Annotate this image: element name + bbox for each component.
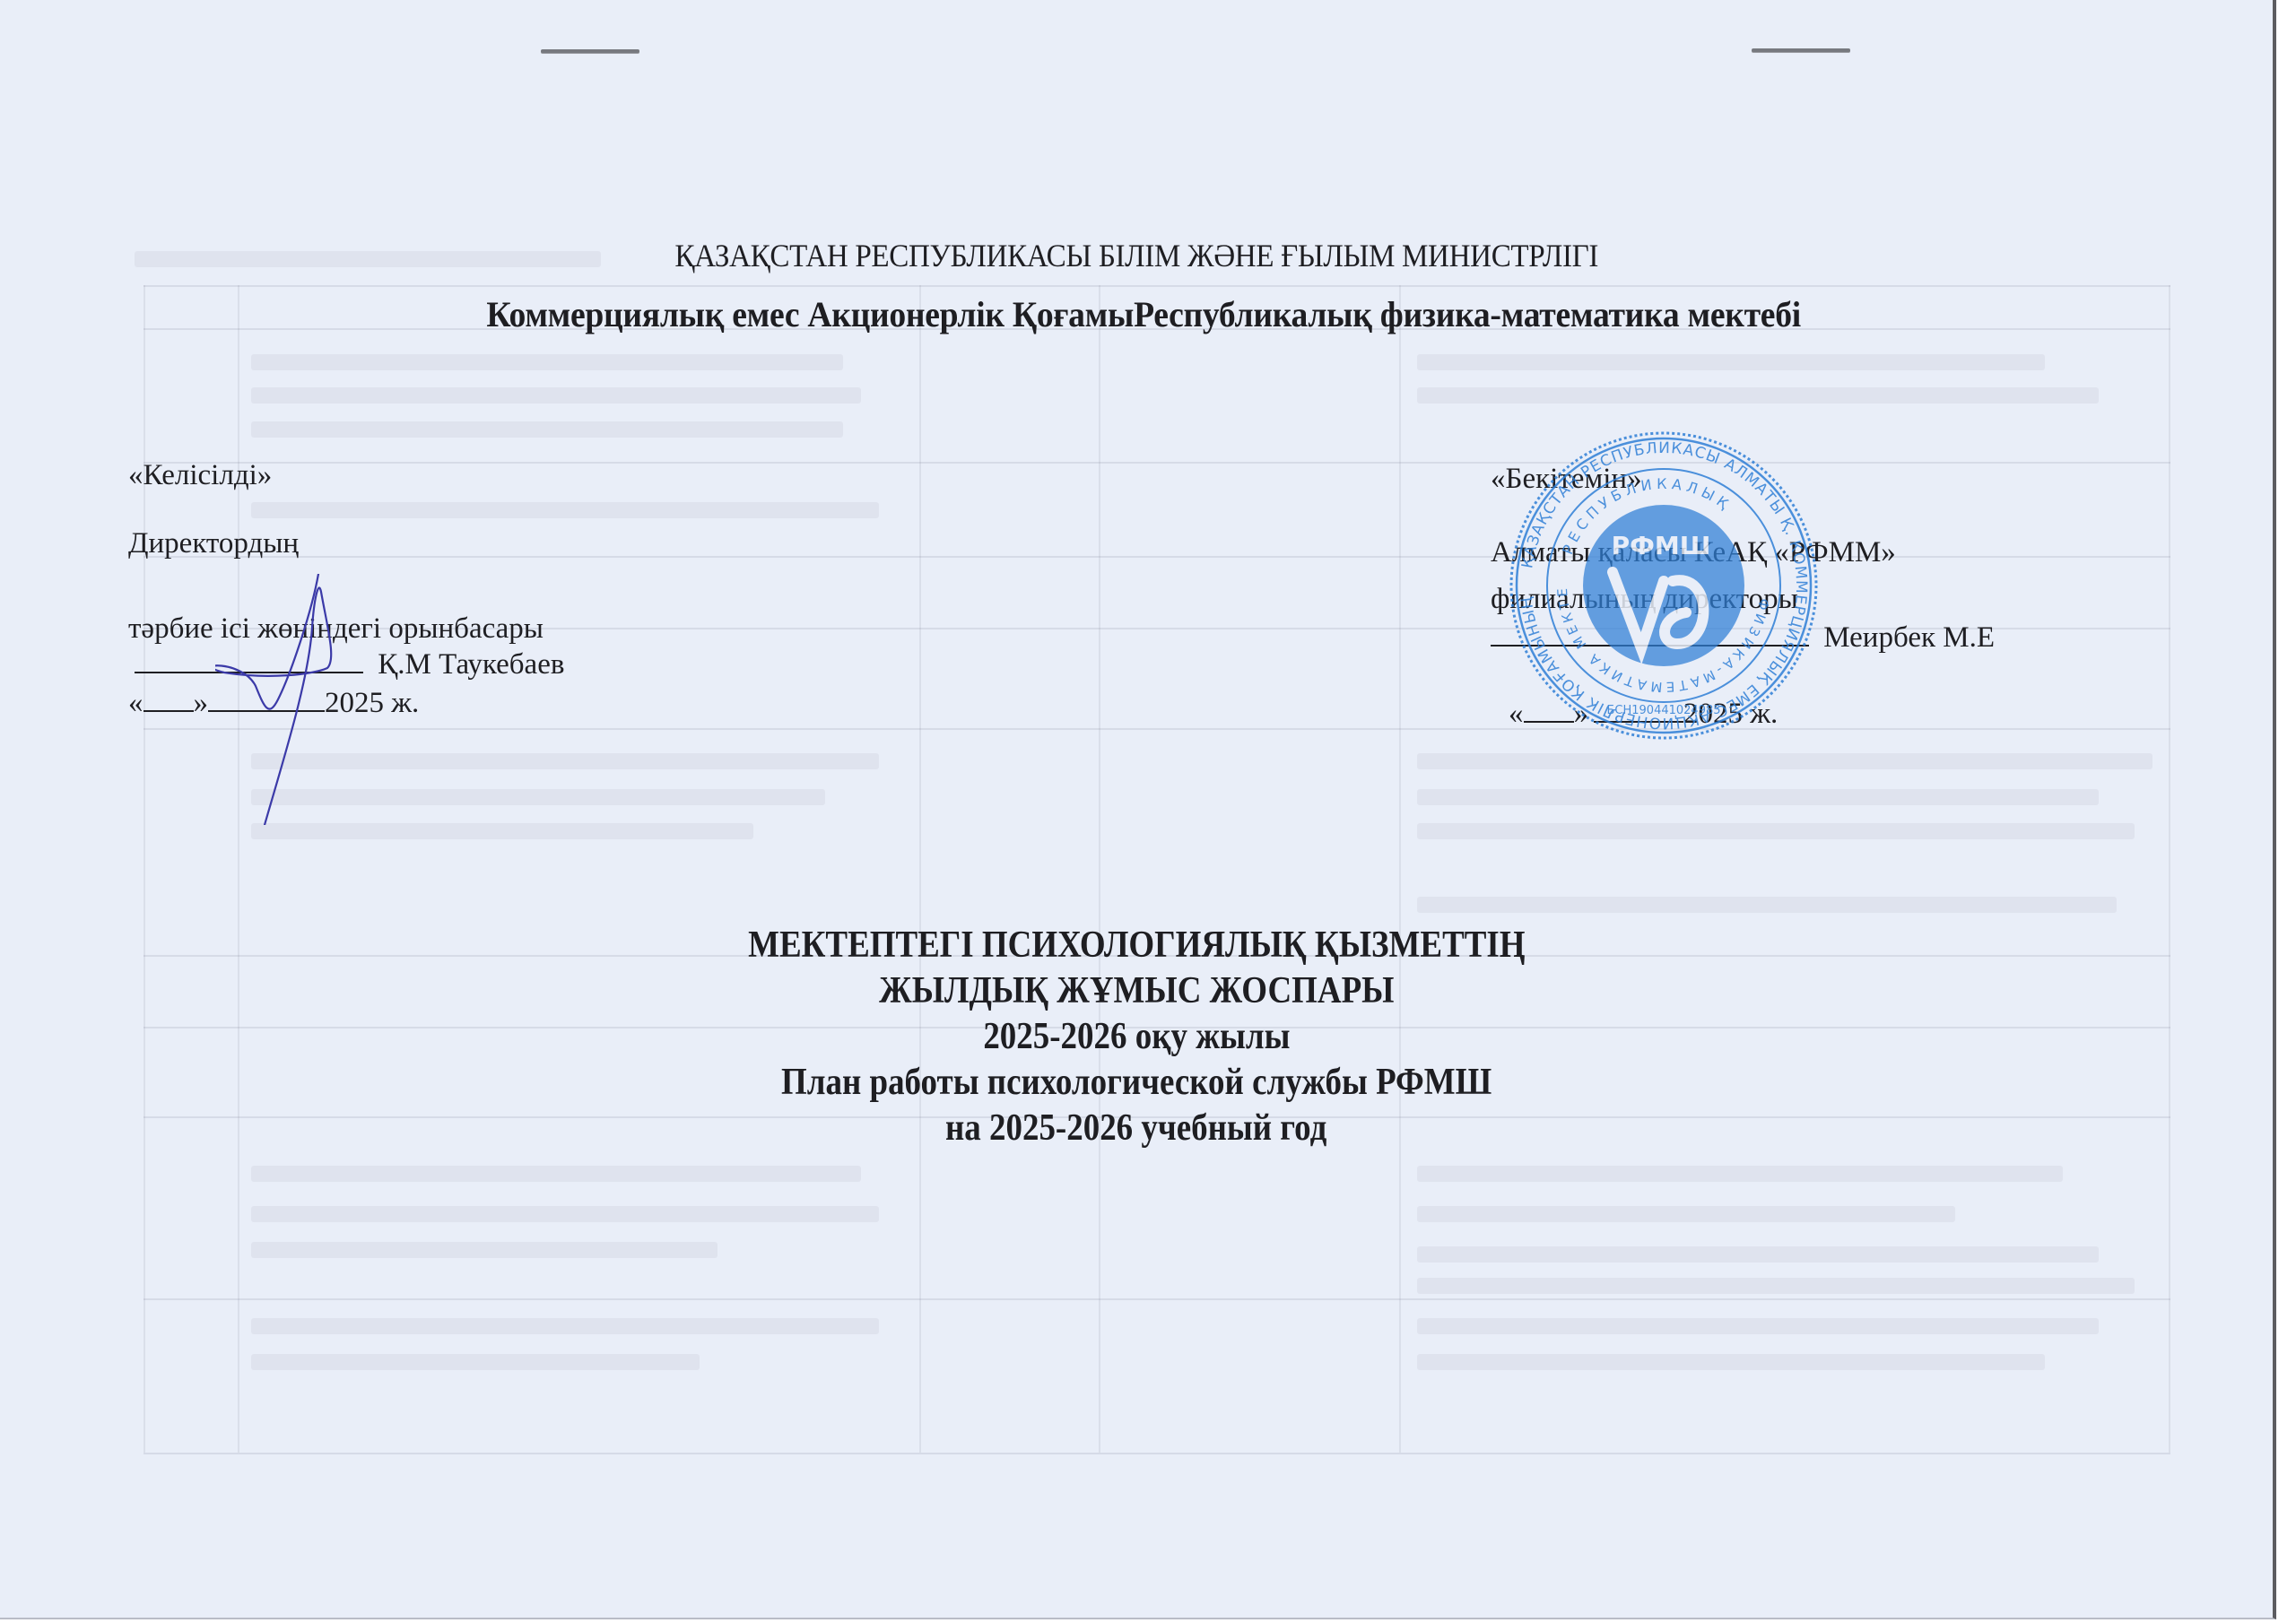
staple-mark-right bbox=[1752, 48, 1850, 52]
official-stamp: ҚАЗАҚСТАН РЕСПУБЛИКАСЫ АЛМАТЫ Қ. КОММЕРЦ… bbox=[1507, 429, 1821, 742]
organization-heading: Коммерциялық емес Акционерлік ҚоғамыРесп… bbox=[75, 293, 2212, 335]
title-line-1: МЕКТЕПТЕГІ ПСИХОЛОГИЯЛЫҚ ҚЫЗМЕТТІҢ bbox=[0, 924, 2273, 967]
approved-name: Меирбек М.Е bbox=[1823, 621, 1995, 654]
title-line-3: 2025-2026 оқу жылы bbox=[0, 1015, 2273, 1058]
scanned-page: ҚАЗАҚСТАН РЕСПУБЛИКАСЫ БІЛІМ ЖӘНЕ ҒЫЛЫМ … bbox=[0, 0, 2276, 1619]
agreed-heading: «Келісілді» bbox=[128, 459, 272, 492]
title-line-5: на 2025-2026 учебный год bbox=[0, 1107, 2273, 1150]
agreed-position-line1: Директордың bbox=[128, 527, 299, 560]
title-line-4: План работы психологической службы РФМШ bbox=[0, 1061, 2273, 1104]
title-line-2: ЖЫЛДЫҚ ЖҰМЫС ЖОСПАРЫ bbox=[0, 969, 2273, 1012]
svg-text:РФМШ: РФМШ bbox=[1612, 531, 1711, 560]
staple-mark-left bbox=[541, 49, 639, 53]
ministry-heading: ҚАЗАҚСТАН РЕСПУБЛИКАСЫ БІЛІМ ЖӘНЕ ҒЫЛЫМ … bbox=[91, 237, 2182, 274]
handwritten-signature bbox=[215, 574, 413, 825]
svg-text:БСН190441024985: БСН190441024985 bbox=[1606, 704, 1720, 717]
